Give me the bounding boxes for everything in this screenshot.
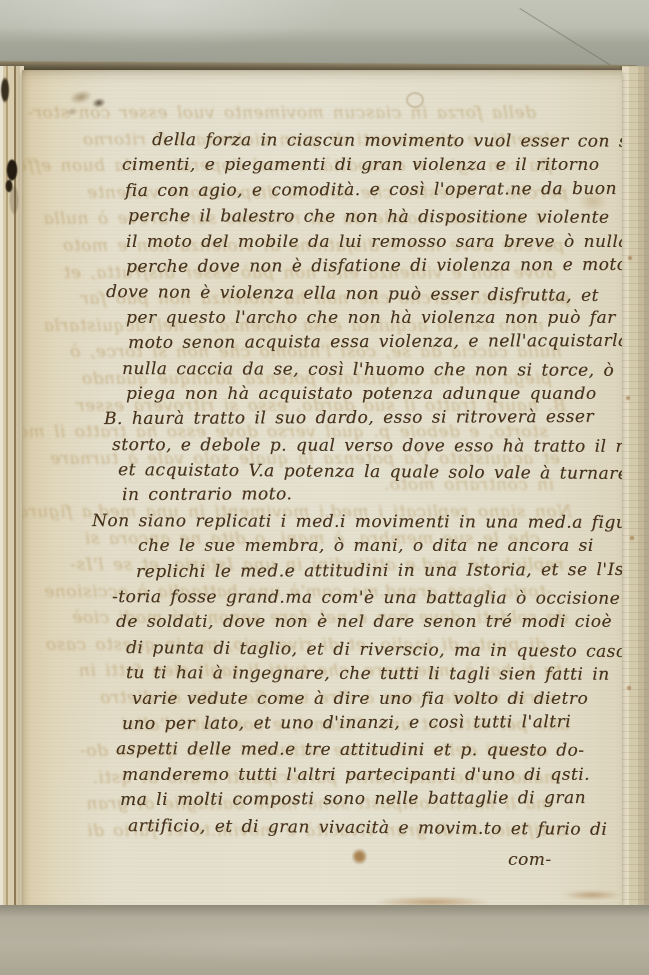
manuscript-line: tu ti hai à ingegnare, che tutti li tagl… (126, 661, 622, 688)
manuscript-photo: della forza in ciascun movimento vuol es… (0, 0, 649, 975)
manuscript-line: uno per lato, et uno d'inanzi, e così tu… (122, 710, 622, 738)
manuscript-line: artificio, et di gran vivacità e movim.t… (128, 814, 622, 843)
manuscript-line: in contrario moto. (122, 481, 622, 509)
manuscript-line: moto senon acquista essa violenza, e nel… (128, 329, 622, 357)
manuscript-line: fia con agio, e comodità. e così l'opera… (125, 177, 622, 205)
stain (562, 890, 622, 900)
manuscript-line: storto, e debole p. qual verso dove esso… (112, 433, 622, 460)
manuscript-line: B. haurà tratto il suo dardo, esso si ri… (104, 405, 622, 433)
manuscript-line: perche il balestro che non hà dispositio… (128, 204, 622, 231)
text-block: della forza in ciascun movimento vuol es… (22, 128, 622, 839)
fore-edge-speck (630, 536, 634, 540)
binding-shadow-mark (0, 72, 12, 112)
manuscript-line: manderemo tutti l'altri partecipanti d'u… (122, 763, 622, 788)
manuscript-line: replichi le med.e attitudini in una Isto… (136, 558, 622, 586)
catchword: com- (508, 850, 552, 870)
backdrop-bottom (0, 905, 649, 975)
manuscript-line: per questo l'archo che non hà violenza n… (126, 306, 622, 331)
manuscript-line: dove non è violenza ella non può esser d… (106, 280, 622, 309)
fore-edge-pages (620, 66, 649, 928)
manuscript-line: perche dove non è disfatione di violenza… (126, 253, 622, 281)
manuscript-line: che le sue membra, ò mani, o dita ne anc… (138, 534, 622, 559)
manuscript-page: della forza in ciascun movimento vuol es… (22, 70, 622, 910)
manuscript-line: cimenti, e piegamenti di gran violenza e… (122, 153, 622, 178)
manuscript-line: de soldati, dove non è nel dare senon tr… (116, 610, 622, 635)
manuscript-line: varie vedute come à dire uno fia volto d… (132, 687, 622, 712)
manuscript-line: il moto del mobile da lui remosso sara b… (126, 230, 622, 255)
manuscript-line: piega non hà acquistato potenza adunque … (126, 382, 622, 407)
manuscript-line: aspetti delle med.e tre attitudini et p.… (116, 737, 622, 764)
manuscript-line: ma li molti composti sono nelle battagli… (120, 786, 622, 814)
manuscript-line: Non siano replicati i med.i movimenti in… (92, 509, 622, 536)
binding-gutter (0, 66, 24, 912)
fore-edge-speck (627, 686, 631, 690)
manuscript-line: della forza in ciascun movimento vuol es… (152, 128, 622, 155)
backdrop-scratch (519, 8, 621, 72)
fore-edge-speck (626, 396, 630, 400)
fore-edge-speck (628, 256, 632, 260)
stain (352, 848, 367, 865)
manuscript-line: -toria fosse grand.ma com'è una battagli… (112, 585, 622, 612)
gutter-ink-blot (3, 156, 20, 220)
manuscript-line: nulla caccia da se, così l'huomo che non… (122, 357, 622, 384)
bleedthrough-line: della forza in ciascun movimento vuol es… (22, 100, 536, 127)
